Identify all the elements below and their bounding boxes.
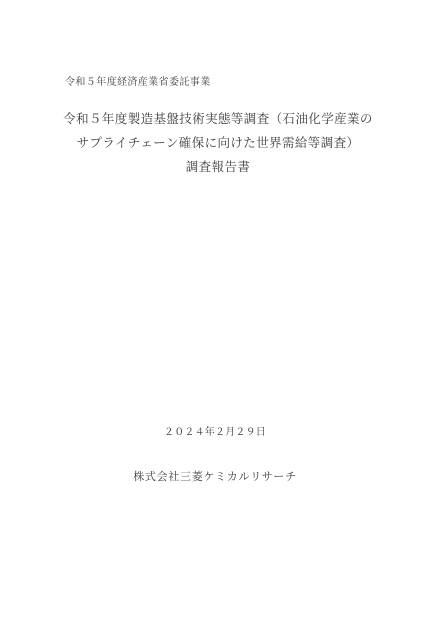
report-title: 令和５年度製造基盤技術実態等調査（石油化学産業の サプライチェーン確保に向けた世…	[0, 107, 436, 179]
report-title-line-3: 調査報告書	[0, 155, 436, 179]
project-label: 令和５年度経済産業省委託事業	[65, 77, 211, 88]
publisher-company-name: 株式会社三菱ケミカルリサーチ	[0, 471, 430, 483]
report-cover-page: 令和５年度経済産業省委託事業 令和５年度製造基盤技術実態等調査（石油化学産業の …	[0, 0, 445, 630]
publication-date: ２０２４年２月２９日	[0, 427, 430, 438]
report-title-line-1: 令和５年度製造基盤技術実態等調査（石油化学産業の	[0, 107, 436, 131]
report-title-line-2: サプライチェーン確保に向けた世界需給等調査）	[0, 131, 436, 155]
